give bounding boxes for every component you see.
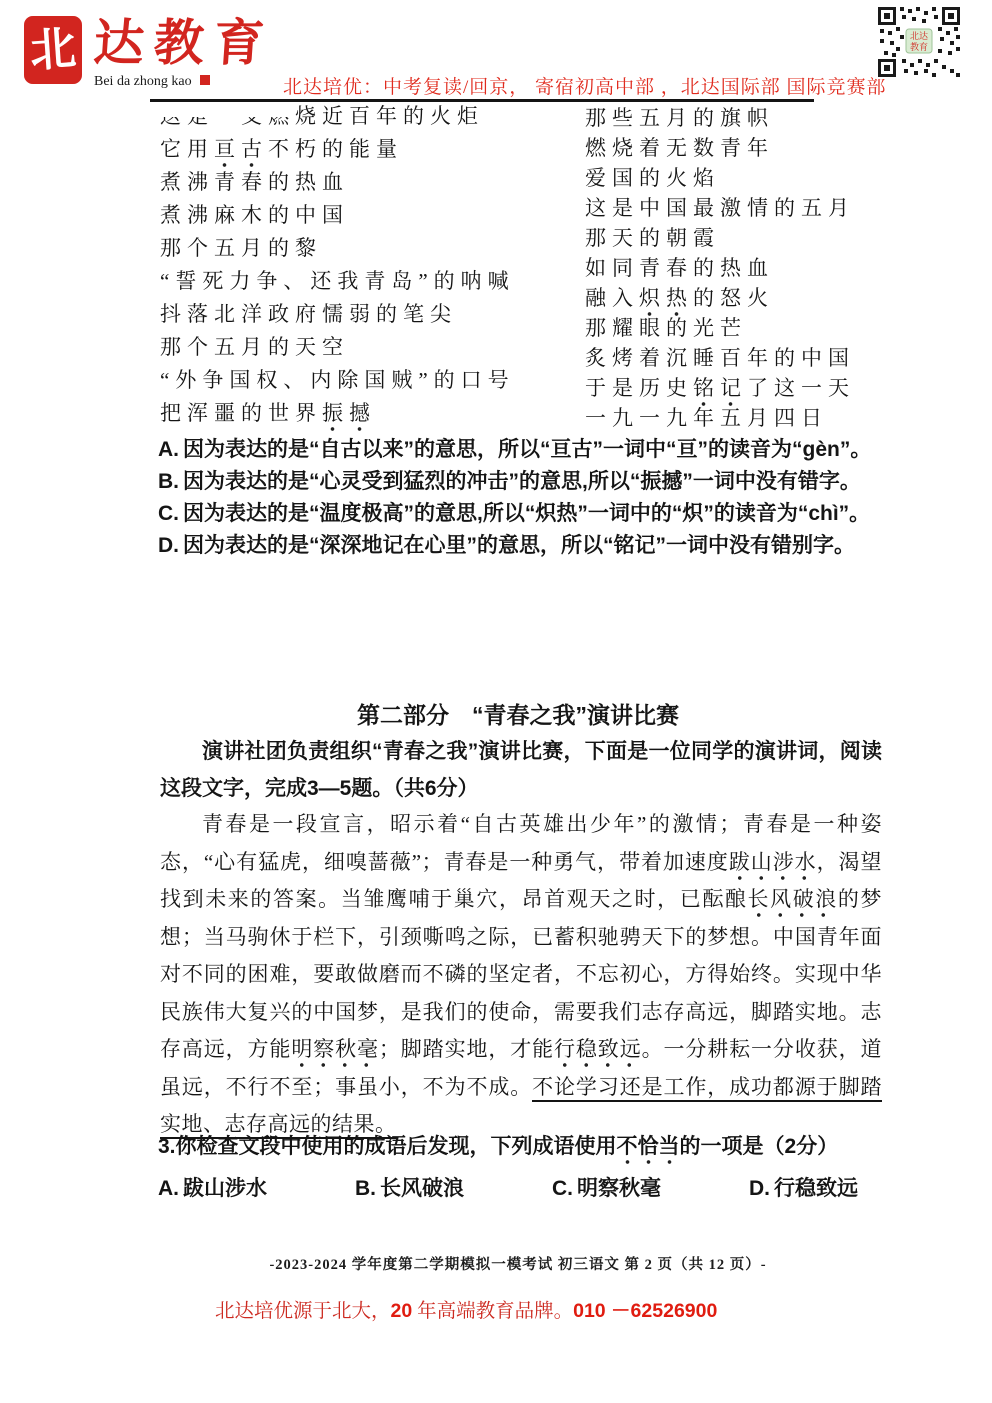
option-text: 因为表达的是“深深地记在心里”的意思，所以“铭记”一词中没有错别字。 — [183, 534, 855, 557]
option-b: B.长风破浪 — [355, 1172, 464, 1202]
poem-line: 抖落北洋政府懦弱的笔尖 — [160, 298, 515, 331]
option-label: C. — [158, 502, 179, 525]
option-label: B. — [158, 470, 179, 493]
option-label: D. — [749, 1177, 770, 1200]
poem-line: 如同青春的热血 — [585, 253, 855, 283]
emphasized-word: 亘古 — [214, 137, 268, 169]
qr-code-icon: 北达 教育 — [876, 5, 962, 79]
emphasized-idiom: 行稳致远 — [554, 1037, 642, 1069]
poem-line: 这是一支燃烧近百年的火炬 — [160, 100, 515, 133]
option-text: 因为表达的是“温度极高”的意思,所以“炽热”一词中的“炽”的读音为“chì”。 — [183, 502, 870, 525]
option-label: B. — [355, 1177, 376, 1200]
poem-line: 那耀眼的光芒 — [585, 313, 855, 343]
poem-line: 炙烤着沉睡百年的中国 — [585, 343, 855, 373]
emphasized-idiom: 长风破浪 — [748, 887, 838, 919]
option-a: A.因为表达的是“自古以来”的意思，所以“亘古”一词中“亘”的读音为“gèn”。 — [158, 434, 888, 466]
option-text: 长风破浪 — [380, 1177, 464, 1200]
section-title: 第二部分 “青春之我”演讲比赛 — [160, 697, 876, 730]
header-slogan: 北达培优：中考复读/回京， 寄宿初高中部 ，北达国际部 国际竞赛部 — [283, 72, 887, 99]
option-text: 跋山涉水 — [183, 1177, 267, 1200]
clipped-text: 这是一支燃 — [160, 117, 295, 133]
poem-line: 把浑噩的世界振撼 — [160, 397, 515, 430]
question3-stem: 3.你检查文段中使用的成语后发现，下列成语使用不恰当的一项是（2分） — [158, 1130, 898, 1164]
question2-options: A.因为表达的是“自古以来”的意思，所以“亘古”一词中“亘”的读音为“gèn”。… — [158, 434, 888, 562]
qr-center-text-line2: 教育 — [910, 41, 928, 52]
poem-line: 那个五月的天空 — [160, 331, 515, 364]
option-a: A.跋山涉水 — [158, 1172, 267, 1202]
exam-page: 北 达教育 Bei da zhong kao 北达培优：中考复读/回京， 寄宿初… — [0, 0, 992, 1403]
poem-line: 那个五月的黎 — [160, 232, 515, 265]
poem-line: 一九一九年五月四日 — [585, 403, 855, 433]
brand-subtitle-text: Bei da zhong kao — [94, 74, 192, 89]
poem-line: 煮沸麻木的中国 — [160, 199, 515, 232]
option-text: 行稳致远 — [774, 1177, 858, 1200]
question3-options: A.跋山涉水 B.长风破浪 C.明察秋毫 D.行稳致远 — [158, 1172, 858, 1202]
option-label: C. — [552, 1177, 573, 1200]
red-square-icon — [200, 75, 210, 85]
brand-name: 达教育 — [92, 18, 275, 68]
option-d: D.因为表达的是“深深地记在心里”的意思，所以“铭记”一词中没有错别字。 — [158, 530, 888, 562]
speech-passage: 青春是一段宣言，昭示着“自古英雄出少年”的激情；青春是一种姿态，“心有猛虎，细嗅… — [160, 806, 882, 1144]
brand-subtitle: Bei da zhong kao — [94, 74, 210, 90]
poem-line: 爱国的火焰 — [585, 163, 855, 193]
poem-line: 那天的朝霞 — [585, 223, 855, 253]
poem-line: 那些五月的旗帜 — [585, 103, 855, 133]
emphasized-idiom: 明察秋毫 — [291, 1037, 379, 1069]
emphasized-idiom: 跋山涉水 — [729, 850, 817, 882]
emphasized-word: 振撼 — [322, 401, 376, 433]
option-text: 因为表达的是“心灵受到猛烈的冲击”的意思,所以“振撼”一词中没有错字。 — [183, 470, 861, 493]
option-label: A. — [158, 1177, 179, 1200]
section-intro: 演讲社团负责组织“青春之我”演讲比赛，下面是一位同学的演讲词，阅读这段文字，完成… — [160, 733, 882, 807]
poem-line: 煮沸青春的热血 — [160, 166, 515, 199]
option-c: C.明察秋毫 — [552, 1172, 661, 1202]
brand-seal-icon: 北 — [24, 16, 82, 84]
poem-line: 它用亘古不朽的能量 — [160, 133, 515, 166]
poem-line: 这是中国最激情的五月 — [585, 193, 855, 223]
poem-line: 燃烧着无数青年 — [585, 133, 855, 163]
option-label: A. — [158, 438, 179, 461]
option-text: 明察秋毫 — [577, 1177, 661, 1200]
promo-years: 20 — [391, 1300, 413, 1322]
seal-character: 北 — [28, 25, 77, 74]
promo-phone: 010 －62526900 — [573, 1300, 717, 1322]
poem: 这是一支燃烧近百年的火炬 它用亘古不朽的能量 煮沸青春的热血 煮沸麻木的中国 那… — [160, 100, 920, 435]
brand-logo: 北 达教育 Bei da zhong kao — [18, 8, 288, 100]
option-text: 因为表达的是“自古以来”的意思，所以“亘古”一词中“亘”的读音为“gèn”。 — [183, 438, 871, 461]
option-d: D.行稳致远 — [749, 1172, 858, 1202]
emphasized-word: 不恰当 — [617, 1135, 680, 1166]
option-b: B.因为表达的是“心灵受到猛烈的冲击”的意思,所以“振撼”一词中没有错字。 — [158, 466, 888, 498]
option-label: D. — [158, 534, 179, 557]
option-c: C.因为表达的是“温度极高”的意思,所以“炽热”一词中的“炽”的读音为“chì”… — [158, 498, 888, 530]
poem-line: “誓死力争、还我青岛”的呐喊 — [160, 265, 515, 298]
footer-promo: 北达培优源于北大，20 年高端教育品牌。010 －62526900 — [215, 1295, 717, 1323]
poem-left-column: 这是一支燃烧近百年的火炬 它用亘古不朽的能量 煮沸青春的热血 煮沸麻木的中国 那… — [160, 100, 515, 430]
poem-line: “外争国权、内除国贼”的口号 — [160, 364, 515, 397]
poem-right-column: 那些五月的旗帜 燃烧着无数青年 爱国的火焰 这是中国最激情的五月 那天的朝霞 如… — [585, 103, 855, 433]
page-footer-info: -2023-2024 学年度第二学期模拟一模考试 初三语文 第 2 页（共 12… — [160, 1253, 876, 1274]
qr-center-text-line1: 北达 — [910, 30, 928, 41]
poem-line: 于是历史铭记了这一天 — [585, 373, 855, 403]
poem-line: 融入炽热的怒火 — [585, 283, 855, 313]
